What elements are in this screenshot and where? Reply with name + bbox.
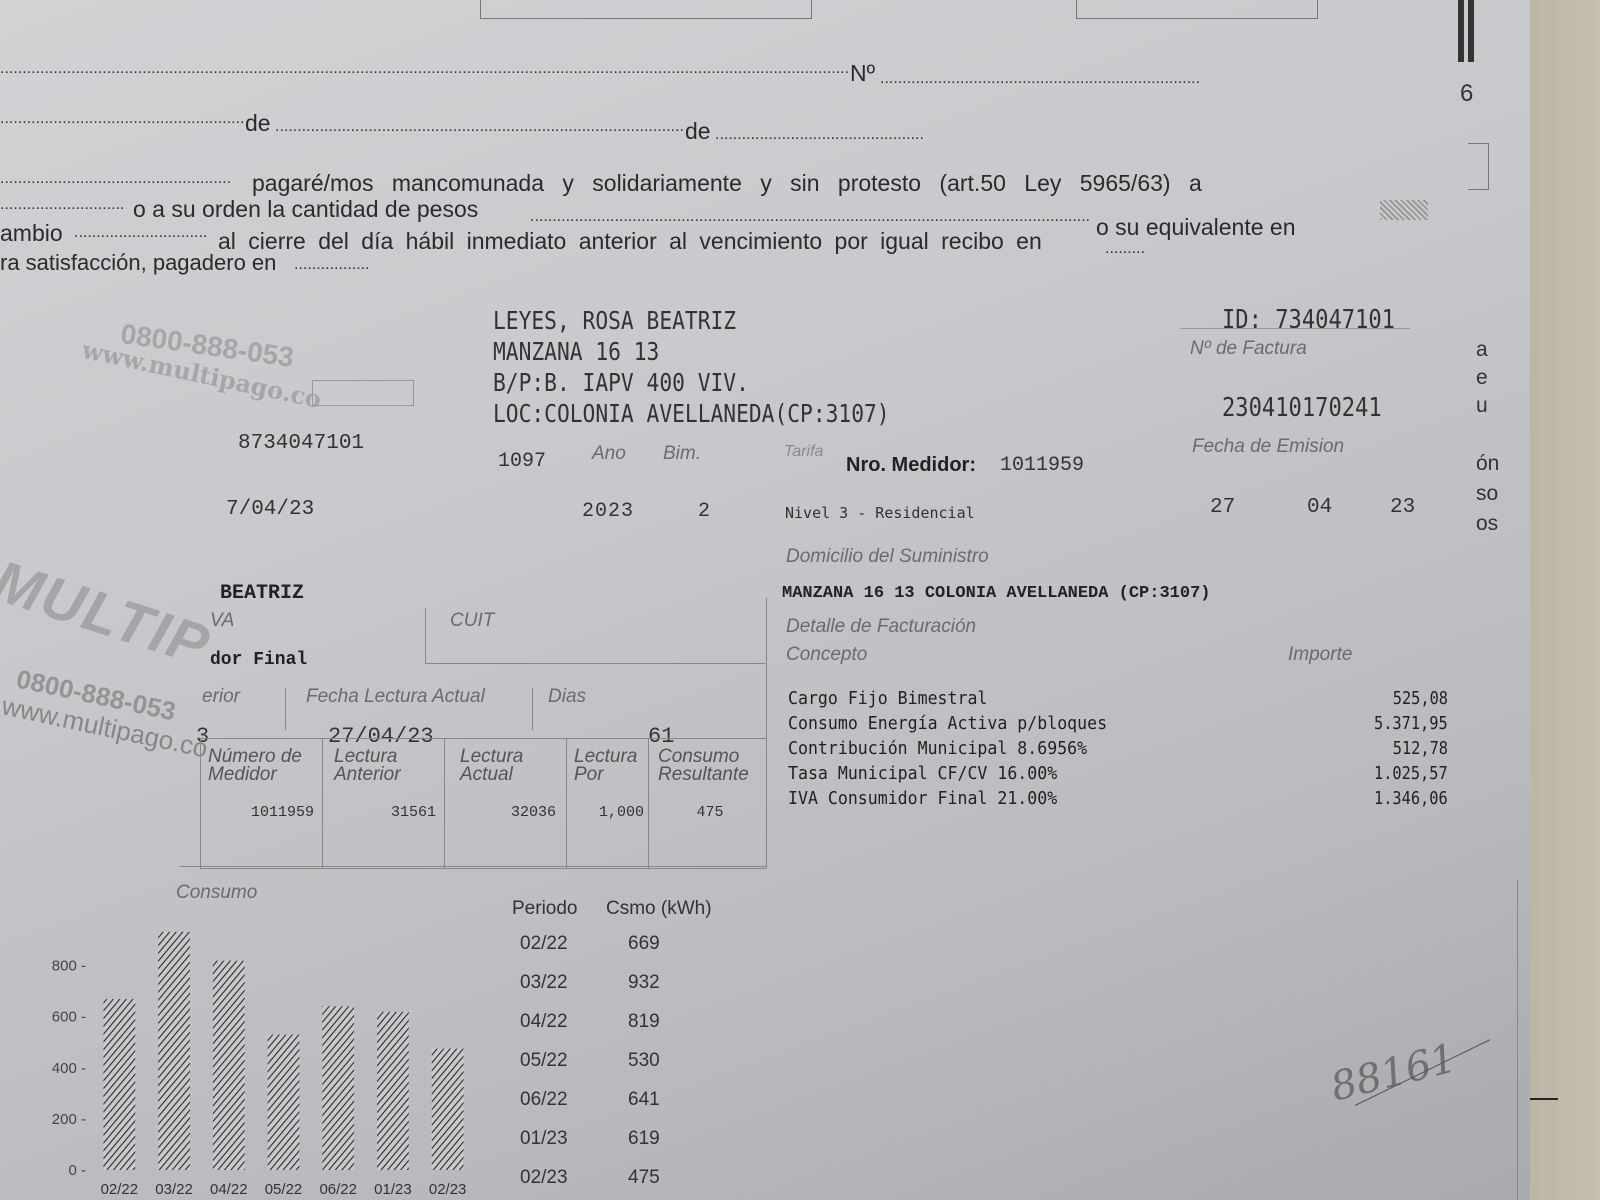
history-period: 06/22 [520,1080,628,1119]
csmo-label: Csmo (kWh) [606,898,712,920]
edge-fragment: a [1476,338,1488,362]
cuit-label: CUIT [450,610,494,632]
divider [322,738,323,868]
billing-concept: IVA Consumidor Final 21.00% [788,786,1057,811]
invoice-id-value: 734047101 [1275,305,1395,335]
fecha-emision-label: Fecha de Emision [1192,436,1344,458]
ano-value: 2023 [582,500,634,523]
note-line-2a: o a su orden la cantidad de pesos [133,196,478,223]
fold-line [1517,880,1518,1200]
history-period: 01/23 [520,1119,628,1158]
divider [180,866,766,867]
billing-concept: Cargo Fijo Bimestral [788,686,987,711]
billing-item: Cargo Fijo Bimestral525,08 [788,686,1448,711]
billing-amount: 512,78 [1393,736,1448,761]
note-line-2b: o su equivalente en [1096,214,1296,241]
iva-label: VA [210,610,234,632]
history-kwh: 475 [628,1158,660,1197]
svg-text:02/22: 02/22 [101,1181,139,1198]
dotted-line: .............................. [0,196,126,214]
tarifa-value: Nivel 3 - Residencial [785,504,975,522]
history-period: 04/22 [520,1002,628,1041]
history-kwh: 530 [628,1041,660,1080]
top-box-right [1076,0,1318,19]
billing-item: IVA Consumidor Final 21.00%1.346,06 [788,786,1448,811]
barcode-bar [1468,0,1474,62]
dotted-line: ........................................… [0,110,245,128]
history-row: 01/23619 [520,1119,720,1158]
svg-text:06/22: 06/22 [319,1181,357,1198]
history-row: 04/22819 [520,1002,720,1041]
history-period: 02/22 [520,924,628,963]
dias-label: Dias [548,686,586,708]
billing-amount: 1.025,57 [1374,761,1448,786]
svg-text:200 -: 200 - [52,1111,86,1128]
history-kwh: 619 [628,1119,660,1158]
customer-address-line-3: LOC:COLONIA AVELLANEDA(CP:3107) [493,398,890,429]
consumption-bar-chart: 0 -200 -400 -600 -800 -02/2203/2204/2205… [40,930,480,1200]
history-period: 02/23 [520,1158,628,1197]
divider [648,738,649,868]
divider [566,738,567,868]
print-mark [1380,200,1428,220]
edge-mark [1530,1098,1558,1100]
dotted-line: ........................................… [880,70,1200,88]
fecha-emision-month: 04 [1307,496,1332,519]
periodo-label: Periodo [512,898,578,920]
id-underline [1180,328,1410,329]
history-kwh: 669 [628,924,660,963]
billing-amount: 1.346,06 [1374,786,1448,811]
header-lectura-por: Lectura Por [574,748,644,784]
de-label: de [245,110,271,137]
billing-amount: 525,08 [1393,686,1448,711]
dotted-line: ........................................… [0,60,850,78]
history-row: 02/22669 [520,924,720,963]
stamp-box [312,380,414,406]
history-row: 06/22641 [520,1080,720,1119]
svg-text:0 -: 0 - [68,1162,86,1179]
billing-concept: Tasa Municipal CF/CV 16.00% [788,761,1057,786]
top-box-left [480,0,812,19]
svg-text:04/22: 04/22 [210,1181,248,1198]
history-period: 05/22 [520,1041,628,1080]
domicilio-label: Domicilio del Suministro [786,546,989,568]
history-kwh: 641 [628,1080,660,1119]
billing-amount: 5.371,95 [1374,711,1448,736]
tax-name: BEATRIZ [220,582,304,605]
divider [425,608,426,663]
header-consumo-resultante: Consumo Resultante [658,748,768,784]
handwritten-note: 88161 [1326,1035,1461,1110]
fecha-emision-year: 23 [1390,496,1415,519]
header-lectura-actual: Lectura Actual [460,748,560,784]
edge-fragment: u [1476,394,1488,418]
dotted-line: .......... [1105,240,1145,258]
dotted-line: .................. [294,256,368,274]
edge-fragment: 6 [1460,80,1473,108]
fecha-anterior-label: erior [202,686,240,708]
note-line-4: ra satisfacción, pagadero en [0,250,276,276]
customer-address-block: LEYES, ROSA BEATRIZ MANZANA 16 13 B/P:B.… [493,305,890,429]
billing-item: Tasa Municipal CF/CV 16.00%1.025,57 [788,761,1448,786]
dotted-line: ................................ [74,224,208,242]
svg-text:400 -: 400 - [52,1060,86,1077]
dotted-line: ........................................… [530,208,1090,226]
billing-concept: Contribución Municipal 8.6956% [788,736,1087,761]
bill-paper: ........................................… [0,0,1530,1200]
cell-numero-medidor: 1011959 [248,804,314,821]
fecha-emision-day: 27 [1210,496,1235,519]
divider [532,688,533,730]
divider [285,688,286,730]
history-row: 05/22530 [520,1041,720,1080]
account-number: 8734047101 [238,432,364,455]
svg-text:600 -: 600 - [52,1009,86,1026]
svg-text:02/23: 02/23 [429,1181,467,1198]
history-row: 03/22932 [520,963,720,1002]
svg-text:01/23: 01/23 [374,1181,412,1198]
ano-label: Ano [592,443,626,465]
edge-fragment: os [1476,512,1498,536]
note-line-3b: al cierre del día hábil inmediato anteri… [218,228,1042,255]
history-row: 02/23475 [520,1158,720,1197]
numero-label: Nº [850,60,875,87]
barcode-bar [1458,0,1464,62]
dotted-line: ........................................… [0,170,230,188]
section-divider [766,598,767,868]
history-table: 02/2266903/2293204/2281905/2253006/22641… [520,924,720,1197]
edge-fragment: so [1476,482,1498,506]
history-kwh: 932 [628,963,660,1002]
cell-lectura-anterior: 31561 [380,804,436,821]
history-period: 03/22 [520,963,628,1002]
dotted-line: ........................................… [715,126,925,144]
medidor-label: Nro. Medidor: [846,454,976,477]
history-title: Consumo [176,882,257,904]
dotted-line: ........................................… [275,118,685,136]
svg-text:03/22: 03/22 [155,1181,193,1198]
divider [425,663,765,664]
table-top-border [200,738,766,739]
medidor-value: 1011959 [1000,454,1084,477]
concepto-label: Concepto [786,644,867,666]
table-bottom-border [200,868,766,869]
corner-bracket [1468,143,1489,190]
cell-lectura-actual: 32036 [500,804,556,821]
factura-value: 230410170241 [1222,393,1382,423]
svg-text:05/22: 05/22 [265,1181,303,1198]
customer-name: LEYES, ROSA BEATRIZ [493,305,890,336]
edge-fragment: e [1476,366,1488,390]
domicilio-value: MANZANA 16 13 COLONIA AVELLANEDA (CP:310… [782,584,1210,603]
customer-address-line-2: B/P:B. IAPV 400 VIV. [493,367,890,398]
de-label: de [685,118,711,145]
customer-address-line-1: MANZANA 16 13 [493,336,890,367]
stamp-brand: MULTIP [0,547,218,680]
due-date: 7/04/23 [226,498,314,521]
billing-item: Consumo Energía Activa p/bloques5.371,95 [788,711,1448,736]
iva-value: dor Final [210,650,307,670]
note-line-1: pagaré/mos mancomunada y solidariamente … [252,170,1202,197]
invoice-id-label: ID: [1222,305,1262,335]
cell-consumo-resultante: 475 [690,804,730,821]
billing-section-label: Detalle de Facturación [786,616,976,638]
importe-label: Importe [1288,644,1352,666]
fecha-actual-label: Fecha Lectura Actual [306,686,485,708]
tarifa-label: Tarifa [784,443,823,461]
svg-text:800 -: 800 - [52,958,86,975]
edge-fragment: ón [1476,452,1499,476]
divider [200,738,201,868]
bim-label: Bim. [663,443,701,465]
billing-concept: Consumo Energía Activa p/bloques [788,711,1107,736]
history-kwh: 819 [628,1002,660,1041]
route-code: 1097 [498,450,546,473]
bim-value: 2 [698,500,710,523]
invoice-id: ID: 734047101 [1222,305,1395,335]
header-numero-medidor: Número de Medidor [208,748,318,784]
header-lectura-anterior: Lectura Anterior [334,748,434,784]
billing-item: Contribución Municipal 8.6956%512,78 [788,736,1448,761]
note-line-3a: ambio [0,220,63,247]
factura-label: Nº de Factura [1190,338,1307,360]
cell-lectura-por: 1,000 [586,804,644,821]
divider [444,738,445,868]
billing-items: Cargo Fijo Bimestral525,08Consumo Energí… [788,686,1448,811]
